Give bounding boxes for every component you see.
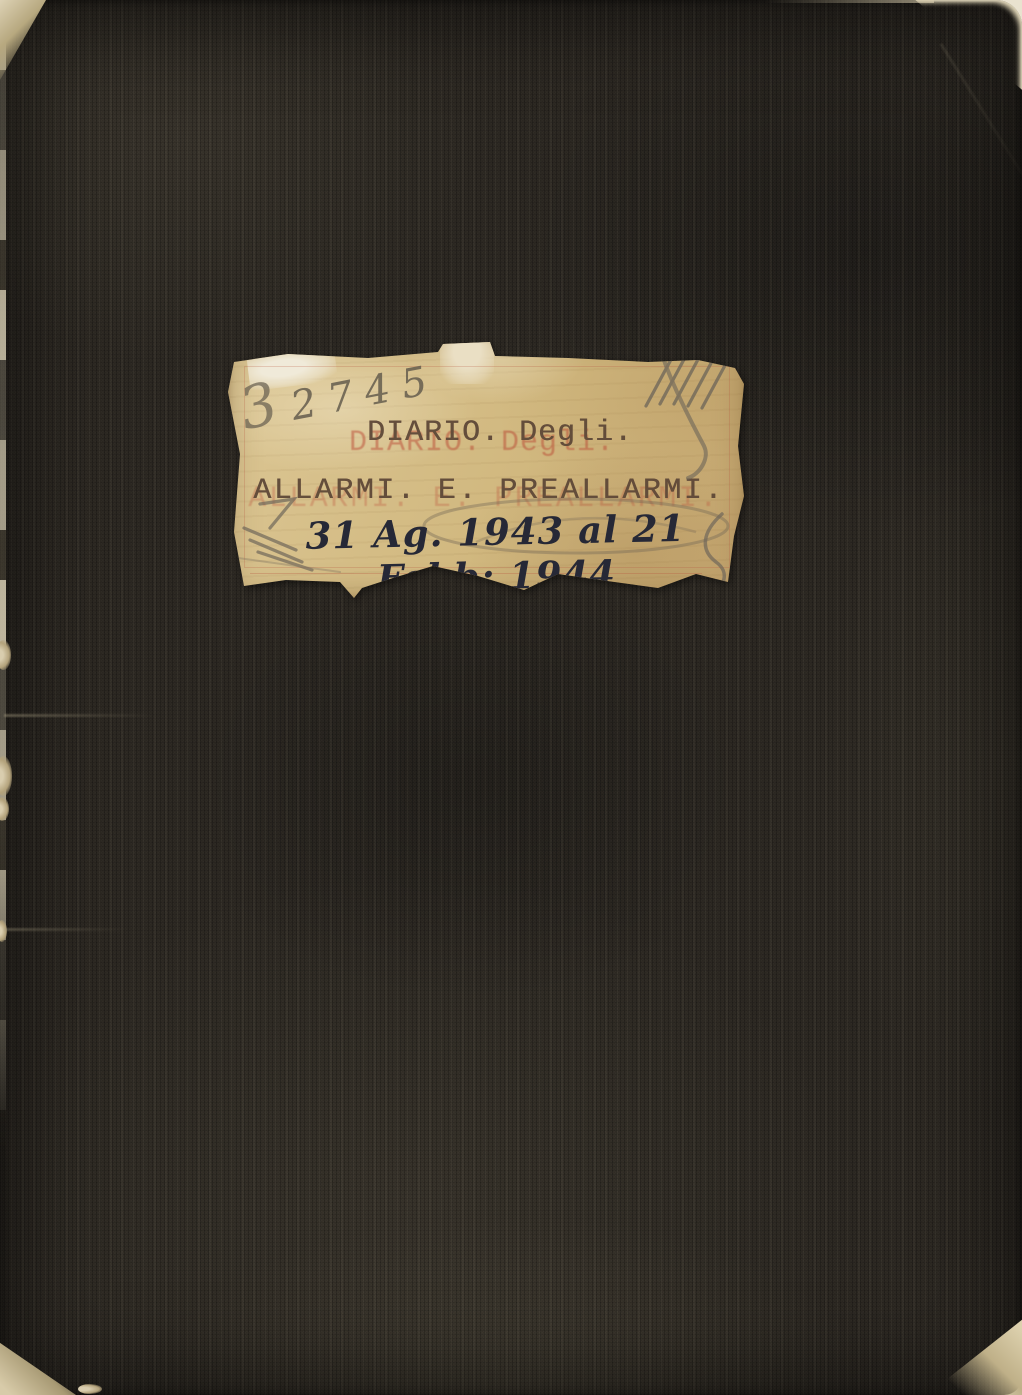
edge-wear-chip	[78, 1384, 102, 1394]
top-edge-wear	[764, 0, 934, 3]
pencil-hatch-marks-icon	[630, 346, 742, 486]
pencil-squiggle-icon	[686, 510, 738, 602]
crease-line	[4, 714, 156, 717]
paper-label: 3 2745 DIARIO. Degli. DIARIO. Degli. ALL…	[228, 336, 746, 598]
spine-edge-wear	[0, 0, 6, 1180]
crease-line	[4, 928, 130, 931]
cloth-cover	[0, 0, 1022, 1395]
date-line: 31 Ag. 1943 al 21 Febb: 1944	[227, 505, 747, 604]
paper-label-wrap: 3 2745 DIARIO. Degli. DIARIO. Degli. ALL…	[228, 336, 746, 598]
scanned-notebook-cover: 3 2745 DIARIO. Degli. DIARIO. Degli. ALL…	[0, 0, 1022, 1395]
title-line-1-ink: DIARIO. Degli.	[367, 416, 633, 450]
